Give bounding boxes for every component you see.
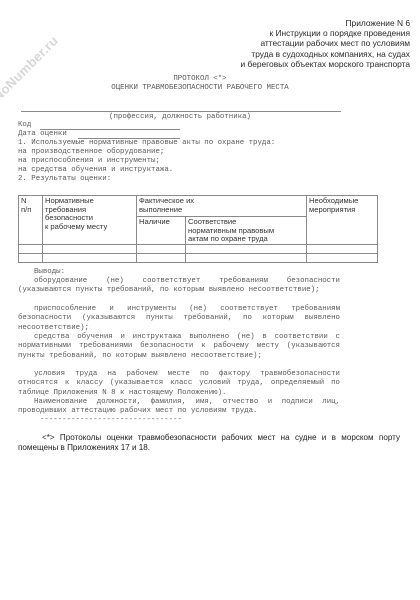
document-subtitle: ОЦЕНКИ ТРАВМОБЕЗОПАСНОСТИ РАБОЧЕГО МЕСТА xyxy=(0,84,400,93)
table-cell xyxy=(43,253,137,262)
separator: -------------------------------- xyxy=(40,416,182,425)
conclusions-heading: Выводы: xyxy=(34,268,65,277)
appendix-line: и береговых объектах морского транспорта xyxy=(241,59,411,69)
footnote: <*> Протоколы оценки травмобезопасности … xyxy=(18,433,400,453)
document-title: ПРОТОКОЛ <*> xyxy=(0,75,400,84)
appendix-line: Приложение N 6 xyxy=(241,18,411,28)
header-presence: Наличие xyxy=(137,217,186,245)
profession-caption: (профессия, должность работника) xyxy=(0,113,360,122)
watermark: NoNumber.ru xyxy=(0,33,61,104)
section1-heading: 1. Используемые нормативные правовые акт… xyxy=(18,139,275,148)
appendix-line: труда в судоходных компаниях, на судах xyxy=(241,49,411,59)
table-row xyxy=(19,253,378,262)
table-cell xyxy=(43,244,137,253)
conclusion-paragraph: Наименование должности, фамилия, имя, от… xyxy=(18,398,340,417)
header-actual: Фактическое их выполнение xyxy=(137,196,307,217)
header-measures: Необходимые мероприятия xyxy=(307,196,378,245)
section2-heading: 2. Результаты оценки: xyxy=(18,175,111,184)
table-cell xyxy=(307,253,378,262)
table-cell xyxy=(186,244,307,253)
table-cell xyxy=(19,253,43,262)
table-row xyxy=(19,244,378,253)
section1-item: на приспособления и инструменты; xyxy=(18,157,160,166)
section1-item: на производственное оборудование; xyxy=(18,148,164,157)
code-label: Код xyxy=(18,121,31,130)
appendix-line: аттестации рабочих мест по условиям xyxy=(241,38,411,48)
profession-line xyxy=(21,111,341,112)
conclusion-paragraph: оборудование (не) соответствует требован… xyxy=(18,277,340,296)
table-cell xyxy=(137,253,186,262)
results-table: N п/п Нормативные требования безопасност… xyxy=(18,195,378,263)
table-cell xyxy=(19,244,43,253)
appendix-line: к Инструкции о порядке проведения xyxy=(241,28,411,38)
header-num: N п/п xyxy=(19,196,43,245)
table-cell xyxy=(186,253,307,262)
appendix-header: Приложение N 6 к Инструкции о порядке пр… xyxy=(241,18,411,69)
conclusion-paragraph: средства обучения и инструктажа выполнен… xyxy=(18,333,340,361)
conclusion-paragraph: приспособление и инструменты (не) соотве… xyxy=(18,305,340,333)
header-compliance: Соответствие нормативным правовым актам … xyxy=(186,217,307,245)
table-cell xyxy=(307,244,378,253)
section1-item: на средства обучения и инструктажа. xyxy=(18,166,173,175)
table-cell xyxy=(137,244,186,253)
conclusion-paragraph: условия труда на рабочем месте по фактор… xyxy=(18,370,340,398)
date-label: Дата оценки xyxy=(18,130,67,139)
header-requirements: Нормативные требования безопасности к ра… xyxy=(43,196,137,245)
